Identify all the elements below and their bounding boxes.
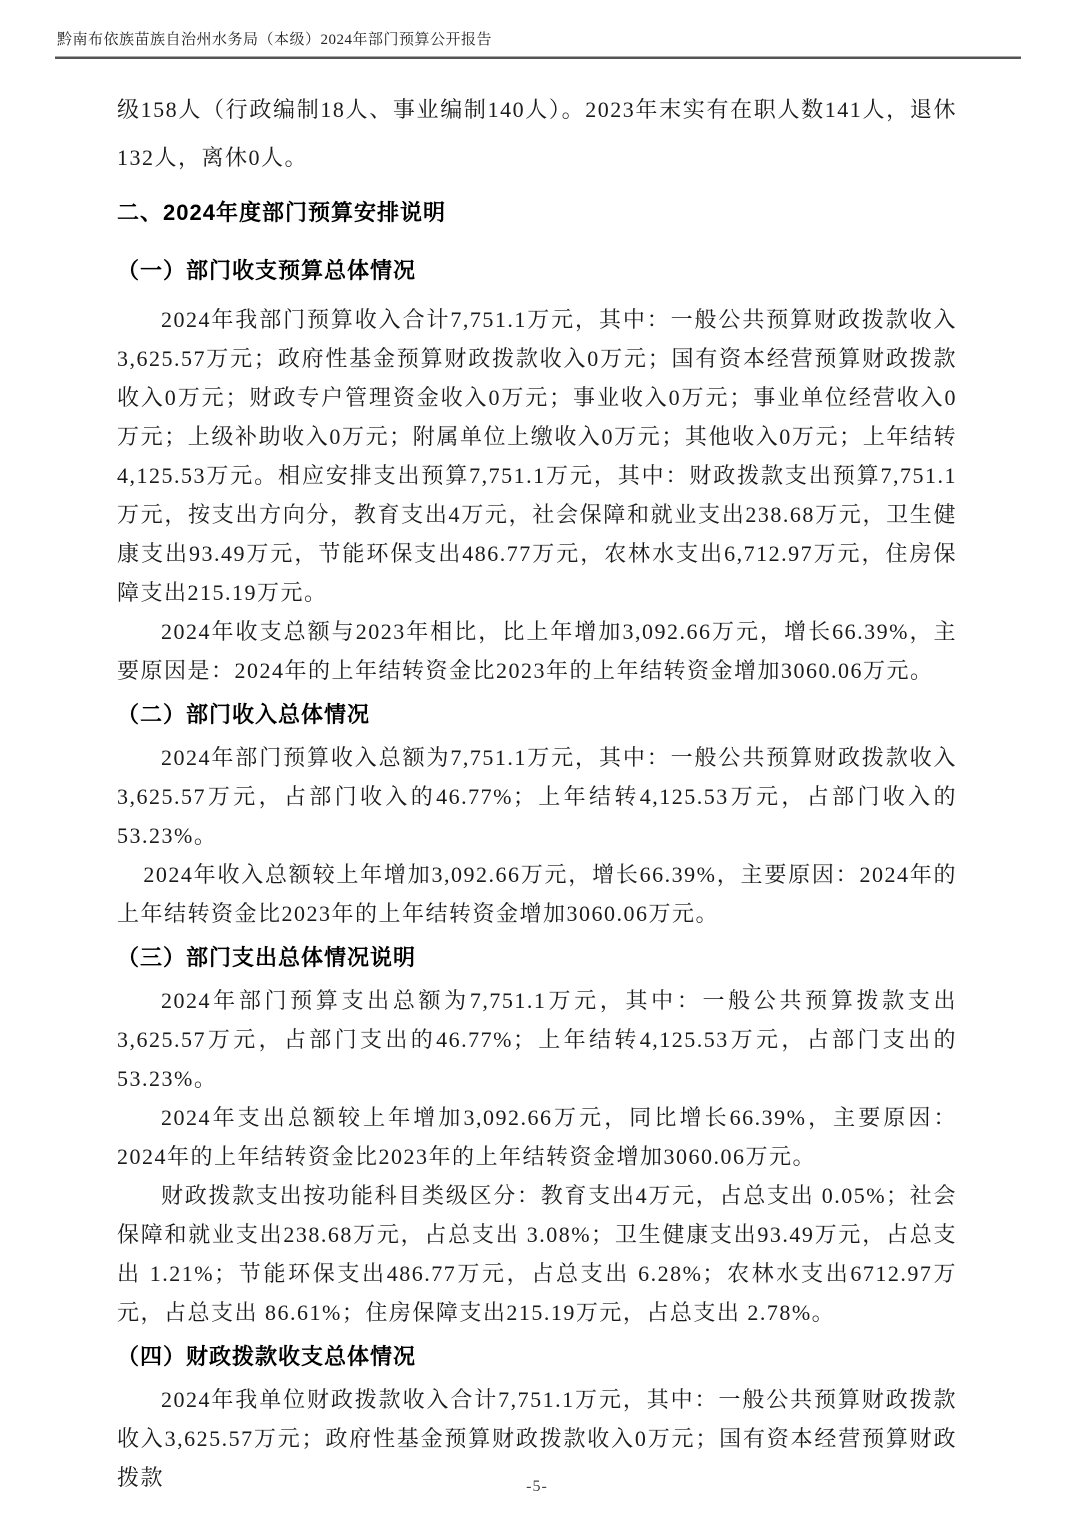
page-number: -5- [0, 1478, 1074, 1496]
paragraph-income-total: 2024年部门预算收入总额为7,751.1万元，其中：一般公共预算财政拨款收入3… [117, 738, 957, 855]
paragraph-expenditure-total: 2024年部门预算支出总额为7,751.1万元，其中：一般公共预算拨款支出3,6… [117, 981, 957, 1098]
paragraph-yoy-comparison: 2024年收支总额与2023年相比，比上年增加3,092.66万元，增长66.3… [117, 612, 957, 690]
heading-sub-income-overview: （二）部门收入总体情况 [117, 700, 957, 730]
paragraph-staffing-continuation: 级158人（行政编制18人、事业编制140人）。2023年末实有在职人数141人… [117, 86, 957, 182]
paragraph-income-increase: 2024年收入总额较上年增加3,092.66万元，增长66.39%，主要原因：2… [117, 855, 957, 933]
paragraph-budget-income-detail: 2024年我部门预算收入合计7,751.1万元，其中：一般公共预算财政拨款收入3… [117, 300, 957, 612]
heading-budget-arrangement: 二、2024年度部门预算安排说明 [117, 198, 957, 228]
running-header: 黔南布依族苗族自治州水务局（本级）2024年部门预算公开报告 [57, 28, 492, 49]
document-content: 级158人（行政编制18人、事业编制140人）。2023年末实有在职人数141人… [117, 86, 957, 1497]
header-rule [55, 56, 1021, 59]
document-page: 黔南布依族苗族自治州水务局（本级）2024年部门预算公开报告 级158人（行政编… [0, 0, 1074, 1520]
paragraph-expenditure-by-function: 财政拨款支出按功能科目类级区分：教育支出4万元，占总支出 0.05%；社会保障和… [117, 1176, 957, 1332]
heading-sub-revenue-expenditure-overview: （一）部门收支预算总体情况 [117, 256, 957, 286]
paragraph-expenditure-increase: 2024年支出总额较上年增加3,092.66万元，同比增长66.39%，主要原因… [117, 1098, 957, 1176]
heading-sub-fiscal-appropriation-overview: （四）财政拨款收支总体情况 [117, 1342, 957, 1372]
heading-sub-expenditure-overview: （三）部门支出总体情况说明 [117, 943, 957, 973]
